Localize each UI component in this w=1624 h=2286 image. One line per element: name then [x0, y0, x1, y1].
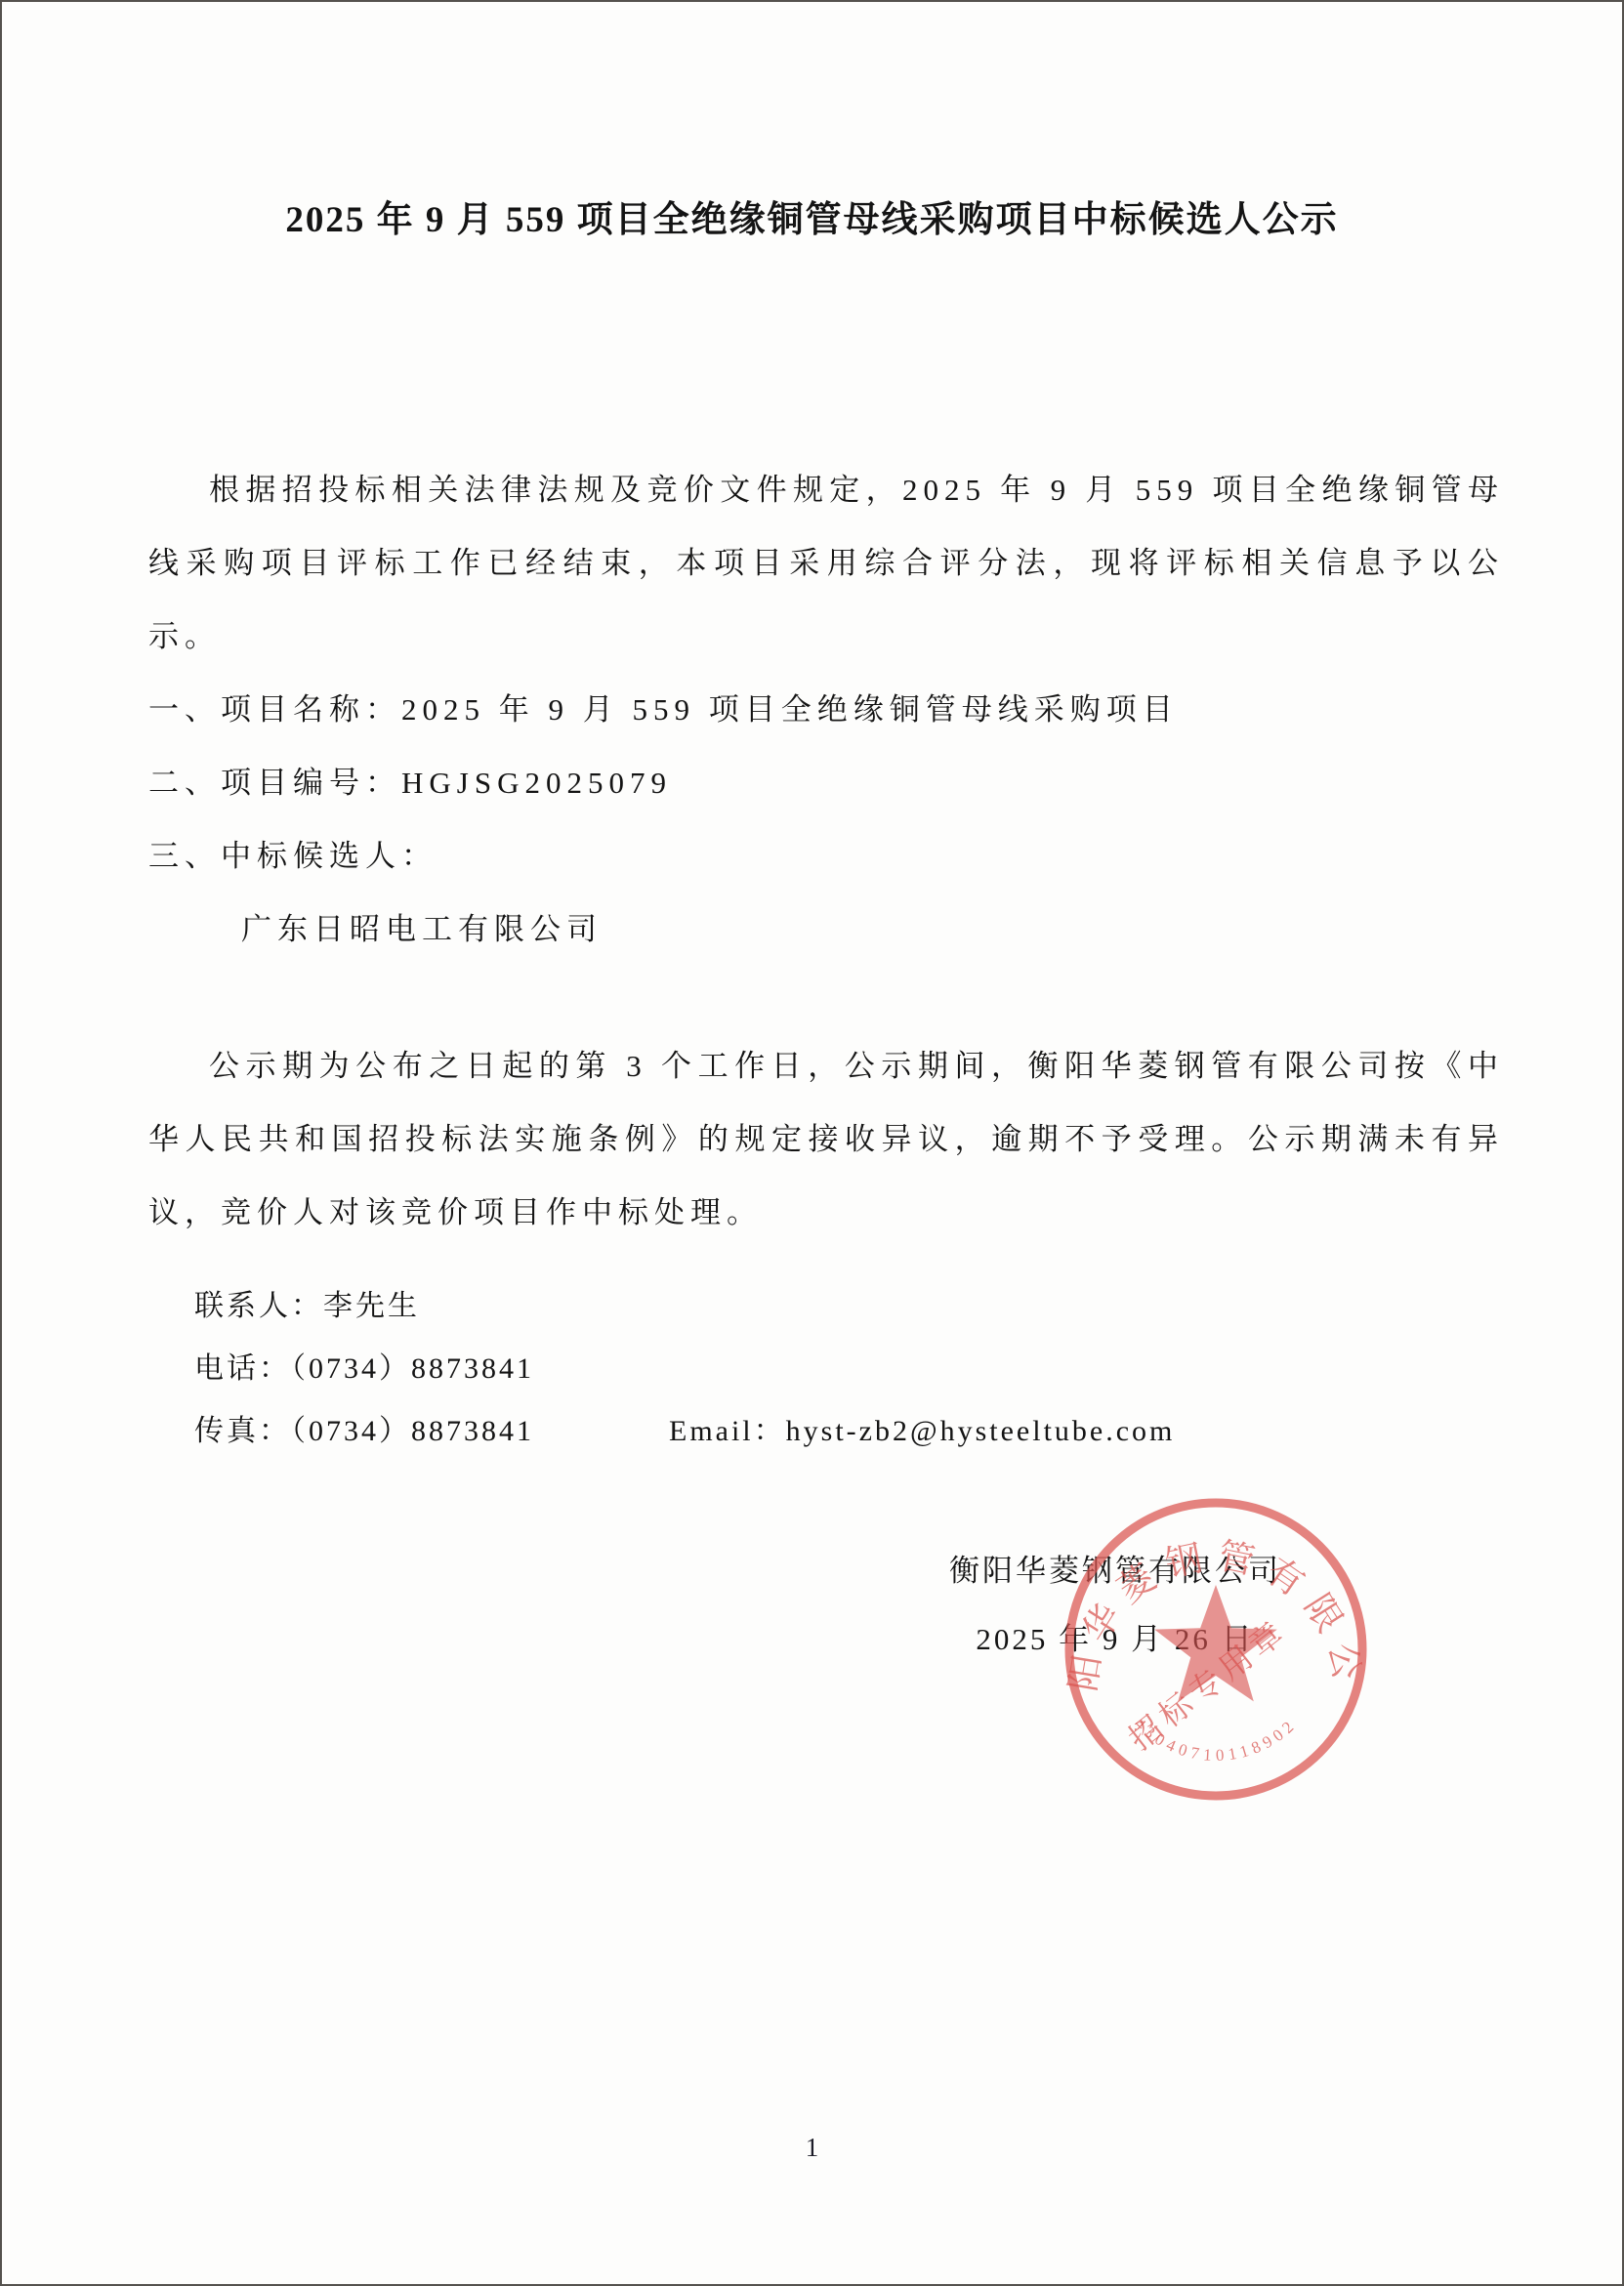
contact-person: 联系人：李先生 [194, 1275, 1175, 1338]
winning-candidate: 广东日昭电工有限公司 [241, 893, 603, 966]
contact-fax-row: 传真：（0734）8873841Email：hyst-zb2@hysteeltu… [194, 1400, 1175, 1463]
page-number: 1 [2, 2133, 1622, 2163]
contact-fax: 传真：（0734）8873841 [194, 1415, 534, 1447]
item-project-number: 二、项目编号：HGJSG2025079 [148, 746, 672, 819]
intro-paragraph: 根据招投标相关法律法规及竞价文件规定，2025 年 9 月 559 项目全绝缘铜… [148, 453, 1504, 673]
notice-paragraph: 公示期为公布之日起的第 3 个工作日，公示期间，衡阳华菱钢管有限公司按《中华人民… [148, 1029, 1504, 1249]
contact-phone: 电话：（0734）8873841 [194, 1338, 1175, 1400]
signature-block: 衡阳华菱钢管有限公司 2025 年 9 月 26 日 [935, 1550, 1296, 1661]
signature-company: 衡阳华菱钢管有限公司 [935, 1550, 1296, 1593]
seal-number: 43040710118902 [1131, 1715, 1301, 1765]
document-title: 2025 年 9 月 559 项目全绝缘铜管母线采购项目中标候选人公示 [2, 189, 1622, 242]
item-project-name: 一、项目名称：2025 年 9 月 559 项目全绝缘铜管母线采购项目 [148, 673, 1179, 746]
signature-date: 2025 年 9 月 26 日 [935, 1618, 1296, 1661]
document-page: 2025 年 9 月 559 项目全绝缘铜管母线采购项目中标候选人公示 根据招投… [0, 0, 1624, 2286]
contact-email: Email：hyst-zb2@hysteeltube.com [669, 1415, 1175, 1447]
item-candidates-heading: 三、中标候选人： [148, 819, 437, 893]
contact-block: 联系人：李先生 电话：（0734）8873841 传真：（0734）887384… [194, 1275, 1175, 1463]
